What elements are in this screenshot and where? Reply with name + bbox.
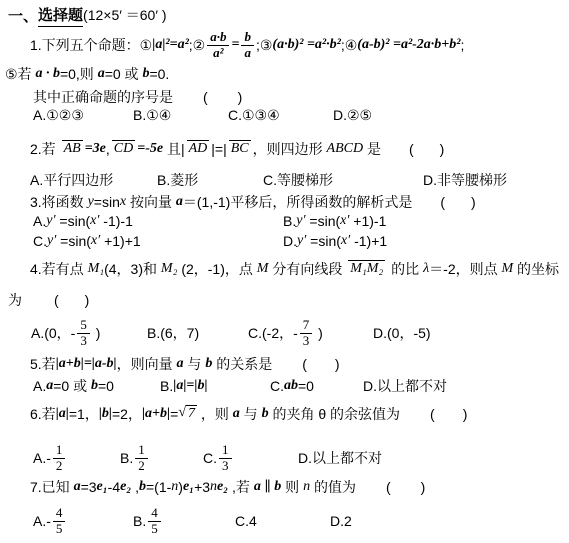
text-run: +3 bbox=[194, 479, 210, 495]
fraction-denominator: a² bbox=[210, 46, 226, 61]
fraction: a·ba² bbox=[207, 30, 229, 61]
q6-option-b: B.12 bbox=[120, 438, 150, 478]
q3-option-d: D.y′ =sin(x′ -1)+1 bbox=[283, 231, 387, 251]
q7-option-c: C.4 bbox=[235, 501, 257, 541]
q5-option-a: A.a=0 或 b=0 bbox=[33, 376, 114, 396]
text-run: B. bbox=[120, 450, 133, 466]
q5-option-d: D.以上都不对 bbox=[363, 376, 447, 396]
fraction-numerator: 1 bbox=[53, 443, 66, 459]
text-run: =0 或 bbox=[53, 376, 91, 396]
text-run: =sin( bbox=[306, 213, 341, 229]
text-run: 其中正确命题的序号是 bbox=[33, 87, 173, 107]
text-run: , bbox=[106, 141, 110, 157]
math-run: b bbox=[142, 66, 149, 82]
text-run: =3 bbox=[81, 479, 97, 495]
math-run: =-5e bbox=[137, 141, 163, 157]
text-run: 6.若 bbox=[30, 404, 56, 424]
fraction: 12 bbox=[135, 443, 148, 474]
math-run: b bbox=[139, 479, 146, 495]
math-run: x′ bbox=[91, 233, 100, 249]
text-run: C. bbox=[33, 233, 47, 249]
math-run: (a·b)² =a²·b² bbox=[272, 37, 340, 53]
fraction-numerator: 1 bbox=[219, 443, 232, 459]
text-run: ;② bbox=[189, 37, 205, 54]
spacer bbox=[414, 149, 440, 150]
text-run: 的关系是 bbox=[212, 354, 272, 374]
text-run: D.②⑤ bbox=[333, 107, 372, 124]
spacer bbox=[22, 300, 54, 301]
fraction-denominator: 3 bbox=[219, 459, 232, 474]
q4-option-d: D.(0，-5) bbox=[373, 314, 431, 352]
text-run: C. bbox=[203, 450, 217, 466]
vector-overline: AB bbox=[62, 140, 83, 158]
text-run: =1， bbox=[69, 404, 99, 424]
fraction: 13 bbox=[219, 443, 232, 474]
math-run: b bbox=[262, 406, 269, 422]
spacer bbox=[59, 300, 85, 301]
vector-overline: AD bbox=[187, 140, 210, 158]
q1-option-b: B.①④ bbox=[133, 105, 171, 125]
text-run: , bbox=[131, 479, 139, 495]
spacer bbox=[435, 414, 463, 415]
q5-options: A.a=0 或 b=0 B.|a|=|b| C.ab=0 D.以上都不对 bbox=[0, 376, 569, 396]
text-run: ) bbox=[471, 194, 476, 210]
math-run: a bbox=[74, 479, 81, 495]
q7-option-b: B.45 bbox=[133, 501, 163, 541]
text-run: A.- bbox=[33, 513, 51, 529]
math-run: (a-b)² =a²-2a·b+b² bbox=[357, 37, 460, 53]
q7-option-a: A.-45 bbox=[33, 501, 67, 541]
fraction: 12 bbox=[53, 443, 66, 474]
text-run: ⑤若 bbox=[5, 64, 35, 84]
spacer bbox=[381, 149, 409, 150]
text-run: C.4 bbox=[235, 513, 257, 529]
q1-prompt: 其中正确命题的序号是() bbox=[33, 87, 242, 107]
text-run: C.等腰梯形 bbox=[263, 170, 333, 190]
math-run: x′ bbox=[341, 233, 350, 249]
text-run: ，则四边形 bbox=[253, 139, 327, 159]
math-run: y′ bbox=[297, 233, 306, 249]
q4-stem-continuation: 为() bbox=[8, 290, 89, 310]
q2-option-d: D.非等腰梯形 bbox=[423, 170, 507, 190]
text-run: =sin( bbox=[56, 233, 91, 249]
section-title: 一、 选择题 (12×5′ ＝60′ ) bbox=[8, 5, 167, 25]
text-run: (4，3)和 bbox=[104, 259, 161, 279]
math-run: a · b bbox=[35, 66, 60, 82]
spacer bbox=[400, 414, 430, 415]
q5-stem: 5.若|a+b|=|a-b|，则向量 a 与 b 的关系是() bbox=[30, 354, 340, 374]
text-run: -1)+1 bbox=[350, 233, 387, 249]
text-run: 且| bbox=[163, 139, 185, 159]
text-run: 是 bbox=[363, 139, 381, 159]
text-run: B.①④ bbox=[133, 107, 171, 124]
q6-option-d: D.以上都不对 bbox=[298, 438, 382, 478]
section-heading: 选择题 bbox=[38, 4, 83, 27]
q7-option-d: D.2 bbox=[330, 501, 352, 541]
text-run: =0 或 bbox=[105, 64, 143, 84]
fraction-denominator: 3 bbox=[77, 334, 90, 349]
q3-option-a: A.y′ =sin(x′ -1)-1 bbox=[33, 211, 133, 231]
text-run: = bbox=[170, 406, 178, 422]
text-run: +1)-1 bbox=[349, 213, 386, 229]
q6-stem: 6.若|a|=1，|b|=2，|a+b|=√7 ，则 a 与 b 的夹角 θ 的… bbox=[30, 402, 467, 426]
text-run: C. bbox=[270, 378, 284, 394]
math-run: x′ bbox=[90, 213, 99, 229]
text-run: ＝(1,-1)平移后，所得函数的解析式是 bbox=[183, 192, 412, 212]
q3-stem: 3.将函数 y=sinx 按向量 a＝(1,-1)平移后，所得函数的解析式是() bbox=[30, 192, 476, 212]
q6-option-c: C.13 bbox=[203, 438, 234, 478]
text-run: ，则 bbox=[197, 404, 233, 424]
text-run: A.平行四边形 bbox=[30, 170, 113, 190]
q4-option-c: C.(-2，-73 ) bbox=[248, 314, 323, 352]
q3-option-b: B.y′ =sin(x′ +1)-1 bbox=[283, 211, 386, 231]
text-run: D.以上都不对 bbox=[363, 376, 447, 396]
math-run: e₂ bbox=[120, 479, 131, 495]
math-run: b bbox=[205, 356, 212, 372]
text-run: 4.若有点 bbox=[30, 259, 88, 279]
fraction-numerator: a·b bbox=[207, 30, 229, 46]
spacer bbox=[412, 202, 440, 203]
spacer bbox=[272, 364, 302, 365]
math-run: a bbox=[46, 378, 53, 394]
spacer bbox=[307, 364, 335, 365]
text-run: A.(0，- bbox=[31, 323, 75, 343]
fraction-denominator: 2 bbox=[53, 459, 66, 474]
vector-overline: CD bbox=[112, 140, 135, 158]
spacer bbox=[391, 487, 421, 488]
text-run: -4 bbox=[108, 479, 120, 495]
q1-options: A.①②③ B.①④ C.①③④ D.②⑤ bbox=[0, 105, 569, 125]
q1-option-d: D.②⑤ bbox=[333, 105, 372, 125]
text-run: ,若 bbox=[228, 477, 254, 497]
math-run: y′ bbox=[46, 213, 55, 229]
math-run: e₂ bbox=[217, 479, 228, 495]
vector-overline: M₁M₂ bbox=[348, 260, 385, 278]
text-run: D.2 bbox=[330, 513, 352, 529]
text-run: =0 bbox=[298, 378, 314, 394]
math-run: n bbox=[210, 479, 217, 495]
text-run: ; bbox=[460, 37, 464, 53]
text-run: 1.下列五个命题：① bbox=[30, 35, 152, 55]
text-run: D.非等腰梯形 bbox=[423, 170, 507, 190]
fraction: 45 bbox=[148, 506, 161, 537]
q4-option-b: B.(6，7) bbox=[147, 314, 199, 352]
text-run: 7.已知 bbox=[30, 477, 74, 497]
fraction: 53 bbox=[77, 318, 90, 349]
text-run: 的坐标 bbox=[513, 259, 559, 279]
text-run: 与 bbox=[240, 404, 262, 424]
text-run: 的夹角 θ 的余弦值为 bbox=[269, 404, 400, 424]
math-run: a bbox=[98, 66, 105, 82]
q3-options-row-2: C.y′ =sin(x′ +1)+1 D.y′ =sin(x′ -1)+1 bbox=[0, 231, 569, 251]
math-run: b bbox=[91, 378, 98, 394]
fraction-denominator: 5 bbox=[148, 522, 161, 537]
math-worksheet-page: 一、 选择题 (12×5′ ＝60′ ) 1.下列五个命题：①|a|²=a²;②… bbox=[0, 0, 569, 543]
section-points: (12×5′ ＝60′ ) bbox=[83, 5, 166, 25]
q4-stem: 4.若有点 M₁(4，3)和 M₂ (2，-1)，点 M 分有向线段 M₁M₂ … bbox=[30, 258, 559, 280]
q1-option-c: C.①③④ bbox=[228, 105, 280, 125]
sqrt-sign: √ bbox=[178, 405, 186, 420]
math-run: |a+b|=|a-b| bbox=[56, 356, 117, 372]
text-run: ) bbox=[335, 356, 340, 372]
text-run: 为 bbox=[8, 290, 22, 310]
q2-option-b: B.菱形 bbox=[157, 170, 198, 190]
math-run: |b| bbox=[99, 406, 112, 422]
text-run: B. bbox=[160, 378, 173, 394]
text-run: |=| bbox=[211, 141, 226, 157]
fraction-numerator: 7 bbox=[300, 318, 313, 334]
text-run: A.①②③ bbox=[33, 107, 84, 124]
math-run: e₁ bbox=[183, 479, 194, 495]
spacer bbox=[208, 97, 238, 98]
math-run: ∥ bbox=[261, 479, 274, 496]
fraction: 45 bbox=[53, 506, 66, 537]
text-run: -1)-1 bbox=[99, 213, 132, 229]
q2-stem: 2.若 AB=3e,CD=-5e 且|AD|=|BC，则四边形 ABCD 是() bbox=[30, 137, 444, 161]
sqrt-radicand: 7 bbox=[186, 405, 197, 423]
text-run: ) bbox=[85, 292, 90, 308]
fraction-denominator: 2 bbox=[135, 459, 148, 474]
text-run: ) bbox=[440, 141, 445, 157]
fraction-denominator: a bbox=[241, 46, 254, 61]
q7-options: A.-45 B.45 C.4 D.2 bbox=[0, 501, 569, 541]
text-run: B.菱形 bbox=[157, 170, 198, 190]
text-run: 5.若 bbox=[30, 354, 56, 374]
text-run: B. bbox=[133, 513, 146, 529]
math-run: |a| bbox=[56, 406, 69, 422]
fraction: 73 bbox=[300, 318, 313, 349]
section-number: 一、 bbox=[8, 5, 38, 26]
math-run: = bbox=[231, 37, 239, 53]
q7-stem: 7.已知 a=3e₁-4e₂ ,b=(1-n)e₁+3ne₂ ,若 a ∥ b … bbox=[30, 476, 425, 498]
fraction-numerator: 4 bbox=[53, 506, 66, 522]
text-run: ) bbox=[463, 406, 468, 422]
text-run: =0,则 bbox=[60, 64, 98, 84]
fraction: ba bbox=[241, 30, 254, 61]
text-run: ;④ bbox=[341, 37, 357, 54]
math-run: M₂ bbox=[161, 261, 178, 277]
text-run: =0 bbox=[98, 378, 114, 394]
math-run: |a+b| bbox=[142, 406, 170, 422]
text-run: 的比 bbox=[387, 259, 423, 279]
vector-overline: BC bbox=[229, 140, 251, 158]
text-run: ;③ bbox=[256, 37, 272, 54]
q2-options: A.平行四边形 B.菱形 C.等腰梯形 D.非等腰梯形 bbox=[0, 170, 569, 190]
math-run: |a|²=a² bbox=[152, 37, 189, 53]
text-run: =0. bbox=[149, 66, 169, 82]
text-run: ，则向量 bbox=[117, 354, 177, 374]
math-run: =3e bbox=[85, 141, 106, 157]
q6-options: A.-12 B.12 C.13 D.以上都不对 bbox=[0, 438, 569, 478]
math-run: e₁ bbox=[97, 479, 108, 495]
q1-stem-continuation: ⑤若 a · b=0,则 a=0 或 b=0. bbox=[5, 64, 169, 84]
text-run: D.(0，-5) bbox=[373, 323, 431, 343]
text-run: D. bbox=[283, 233, 297, 249]
text-run: =sin( bbox=[306, 233, 341, 249]
math-run: M₁ bbox=[88, 261, 105, 277]
math-run: a bbox=[176, 194, 183, 210]
math-run: ab bbox=[284, 378, 298, 394]
q3-option-c: C.y′ =sin(x′ +1)+1 bbox=[33, 231, 141, 251]
text-run: B. bbox=[283, 213, 296, 229]
text-run: A. bbox=[33, 213, 46, 229]
text-run: D.以上都不对 bbox=[298, 448, 382, 468]
text-run: ) bbox=[238, 89, 243, 105]
text-run: =(1- bbox=[146, 479, 171, 495]
math-run: a bbox=[233, 406, 240, 422]
text-run: =sin( bbox=[56, 213, 91, 229]
text-run: A.- bbox=[33, 450, 51, 466]
text-run: 与 bbox=[184, 354, 206, 374]
math-run: y′ bbox=[296, 213, 305, 229]
text-run: 分有向线段 bbox=[268, 259, 346, 279]
text-run: B.(6，7) bbox=[147, 323, 199, 343]
text-run: =sin bbox=[94, 194, 120, 210]
text-run: ) bbox=[314, 325, 323, 341]
q1-stem: 1.下列五个命题：①|a|²=a²;②a·ba²=ba;③(a·b)² =a²·… bbox=[30, 26, 464, 64]
text-run: 按向量 bbox=[126, 192, 176, 212]
text-run: A. bbox=[33, 378, 46, 394]
math-run: n bbox=[303, 479, 310, 495]
math-run: y′ bbox=[47, 233, 56, 249]
q1-option-a: A.①②③ bbox=[33, 105, 84, 125]
math-run: a bbox=[177, 356, 184, 372]
math-run: ABCD bbox=[327, 141, 364, 157]
text-run: 3.将函数 bbox=[30, 192, 88, 212]
fraction-denominator: 3 bbox=[300, 334, 313, 349]
math-run: M bbox=[257, 261, 269, 277]
sqrt-radical: √7 bbox=[178, 405, 197, 423]
text-run: ＝-2，则点 bbox=[429, 259, 501, 279]
math-run: a bbox=[254, 479, 261, 495]
math-run: n bbox=[171, 479, 178, 495]
text-run: C.(-2，- bbox=[248, 323, 298, 343]
q4-option-a: A.(0，-53 ) bbox=[31, 314, 100, 352]
fraction-numerator: 1 bbox=[135, 443, 148, 459]
spacer bbox=[445, 202, 471, 203]
math-run: b bbox=[274, 479, 281, 495]
q3-options-row-1: A.y′ =sin(x′ -1)-1 B.y′ =sin(x′ +1)-1 bbox=[0, 211, 569, 231]
q5-option-c: C.ab=0 bbox=[270, 376, 314, 396]
q2-option-a: A.平行四边形 bbox=[30, 170, 113, 190]
q5-option-b: B.|a|=|b| bbox=[160, 376, 208, 396]
text-run: 的值为 bbox=[310, 477, 356, 497]
q2-option-c: C.等腰梯形 bbox=[263, 170, 333, 190]
fraction-numerator: 4 bbox=[148, 506, 161, 522]
text-run: ) bbox=[421, 479, 426, 495]
math-run: x′ bbox=[340, 213, 349, 229]
math-run: |a|=|b| bbox=[173, 378, 207, 394]
text-run: C.①③④ bbox=[228, 107, 280, 124]
math-run: M bbox=[502, 261, 514, 277]
text-run: 2.若 bbox=[30, 139, 60, 159]
q4-options: A.(0，-53 ) B.(6，7) C.(-2，-73 ) D.(0，-5) bbox=[0, 314, 569, 352]
text-run: ) bbox=[92, 325, 101, 341]
fraction-numerator: b bbox=[241, 30, 254, 46]
text-run: 则 bbox=[281, 477, 303, 497]
fraction-numerator: 5 bbox=[77, 318, 90, 334]
spacer bbox=[173, 97, 203, 98]
text-run: (2，-1)，点 bbox=[177, 259, 256, 279]
q6-option-a: A.-12 bbox=[33, 438, 67, 478]
text-run: +1)+1 bbox=[100, 233, 140, 249]
fraction-denominator: 5 bbox=[53, 522, 66, 537]
spacer bbox=[356, 487, 386, 488]
text-run: =2， bbox=[112, 404, 142, 424]
